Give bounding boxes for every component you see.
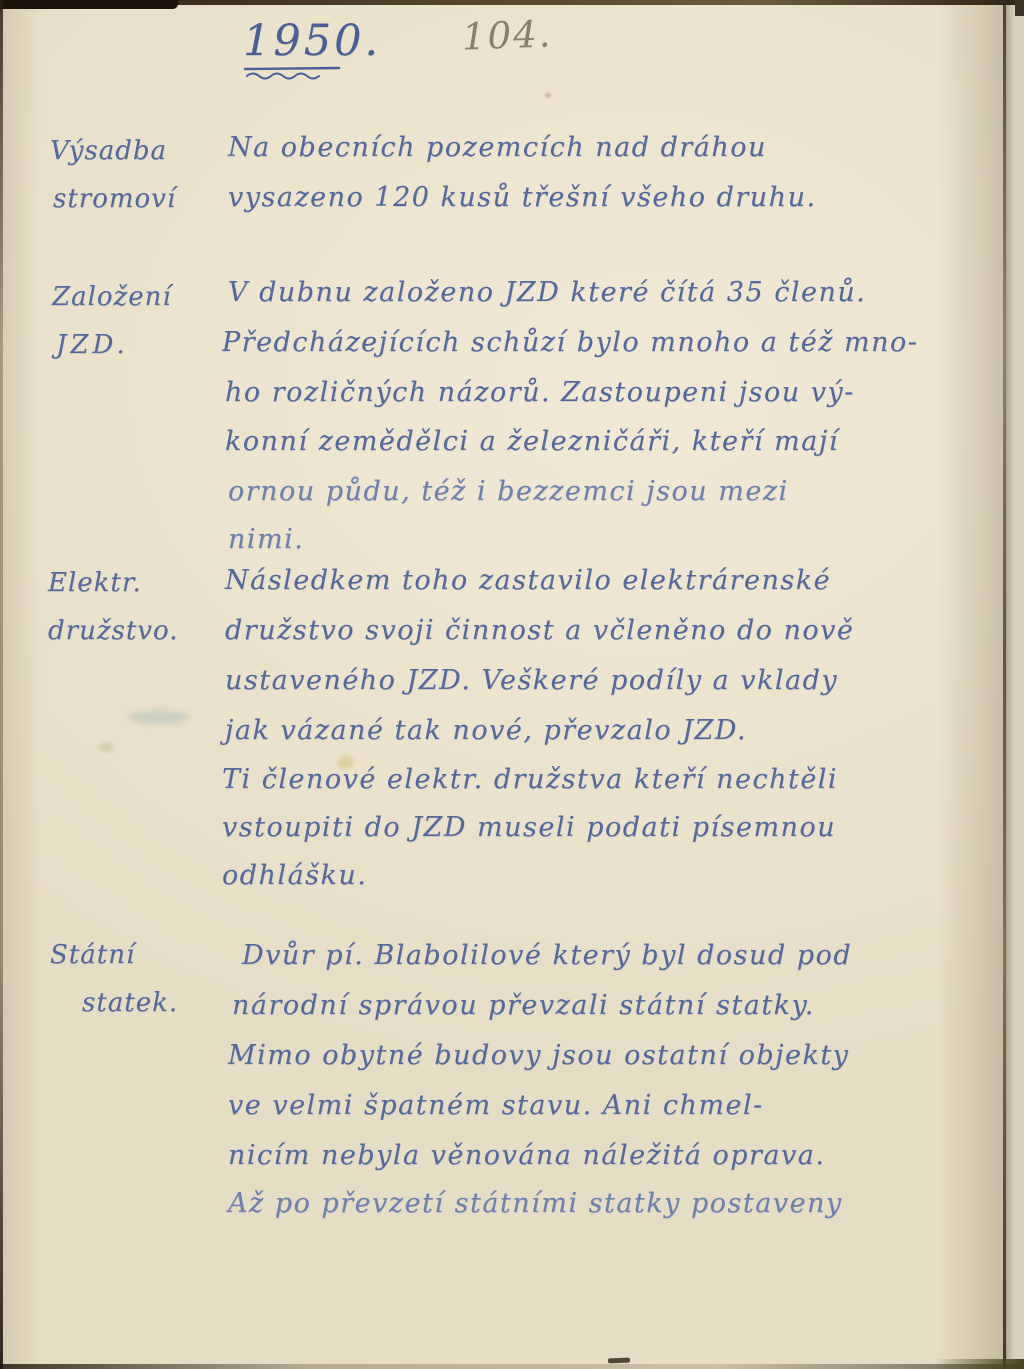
paper-stain [100,742,114,752]
scan-corner-bottom-right [934,1359,1024,1369]
margin-heading: Založení [52,282,172,312]
ink-smudge [608,1358,630,1364]
body-line: ho rozličných názorů. Zastoupeni jsou vý… [225,377,855,408]
margin-heading: Státní [50,940,135,970]
page-curl-shadow [937,0,1003,1369]
body-line: nicím nebyla věnována náležitá oprava. [228,1140,825,1171]
body-line: odhlášku. [222,860,367,891]
body-line: Mimo obytné budovy jsou ostatní objekty [228,1040,849,1071]
year-underline [243,66,347,82]
scan-edge-bottom [0,1364,1024,1369]
chronicle-page: 1950. 104. Výsadba stromoví Na obecních … [0,0,1024,1369]
body-line: vstoupiti do JZD museli podati písemnou [222,812,836,843]
margin-heading: stromoví [53,184,176,214]
paper-stain [128,710,190,724]
page-number: 104. [461,12,553,58]
margin-heading: Elektr. [48,568,142,598]
page-edge-line [1003,0,1006,1369]
scan-edge-top-left [0,0,178,9]
body-line: vysazeno 120 kusů třešní všeho druhu. [228,182,817,213]
body-line: ustaveného JZD. Veškeré podíly a vklady [225,665,838,696]
body-line: Až po převzetí státními statky postaveny [228,1188,843,1219]
body-line: konní zemědělci a železničáři, kteří maj… [225,426,839,457]
scan-edge-left [0,0,3,1369]
body-line: Dvůr pí. Blabolilové který byl dosud pod [242,940,852,971]
body-line: jak vázané tak nové, převzalo JZD. [225,715,747,746]
body-line: ornou půdu, též i bezzemci jsou mezi [228,476,789,507]
margin-heading: družstvo. [48,616,178,646]
paper-stain [545,93,551,98]
left-shade [0,0,42,1369]
next-page-edge [1006,0,1024,1369]
body-line: ve velmi špatném stavu. Ani chmel- [228,1090,764,1121]
year-heading: 1950. [243,16,381,66]
body-line: národní správou převzali státní statky. [232,990,815,1021]
body-line: Následkem toho zastavilo elektrárenské [225,565,831,596]
scan-corner-top-right [1015,0,1024,16]
body-line: Na obecních pozemcích nad dráhou [228,132,767,163]
body-line: družstvo svoji činnost a včleněno do nov… [225,615,854,646]
body-line: Předcházejících schůzí bylo mnoho a též … [222,327,918,358]
body-line: Ti členové elektr. družstva kteří nechtě… [222,764,838,795]
margin-heading: Výsadba [50,136,167,166]
body-line: nimi. [228,524,304,555]
body-line: V dubnu založeno JZD které čítá 35 členů… [228,277,866,308]
margin-heading: statek. [82,988,178,1018]
margin-heading: JZD. [56,330,129,360]
